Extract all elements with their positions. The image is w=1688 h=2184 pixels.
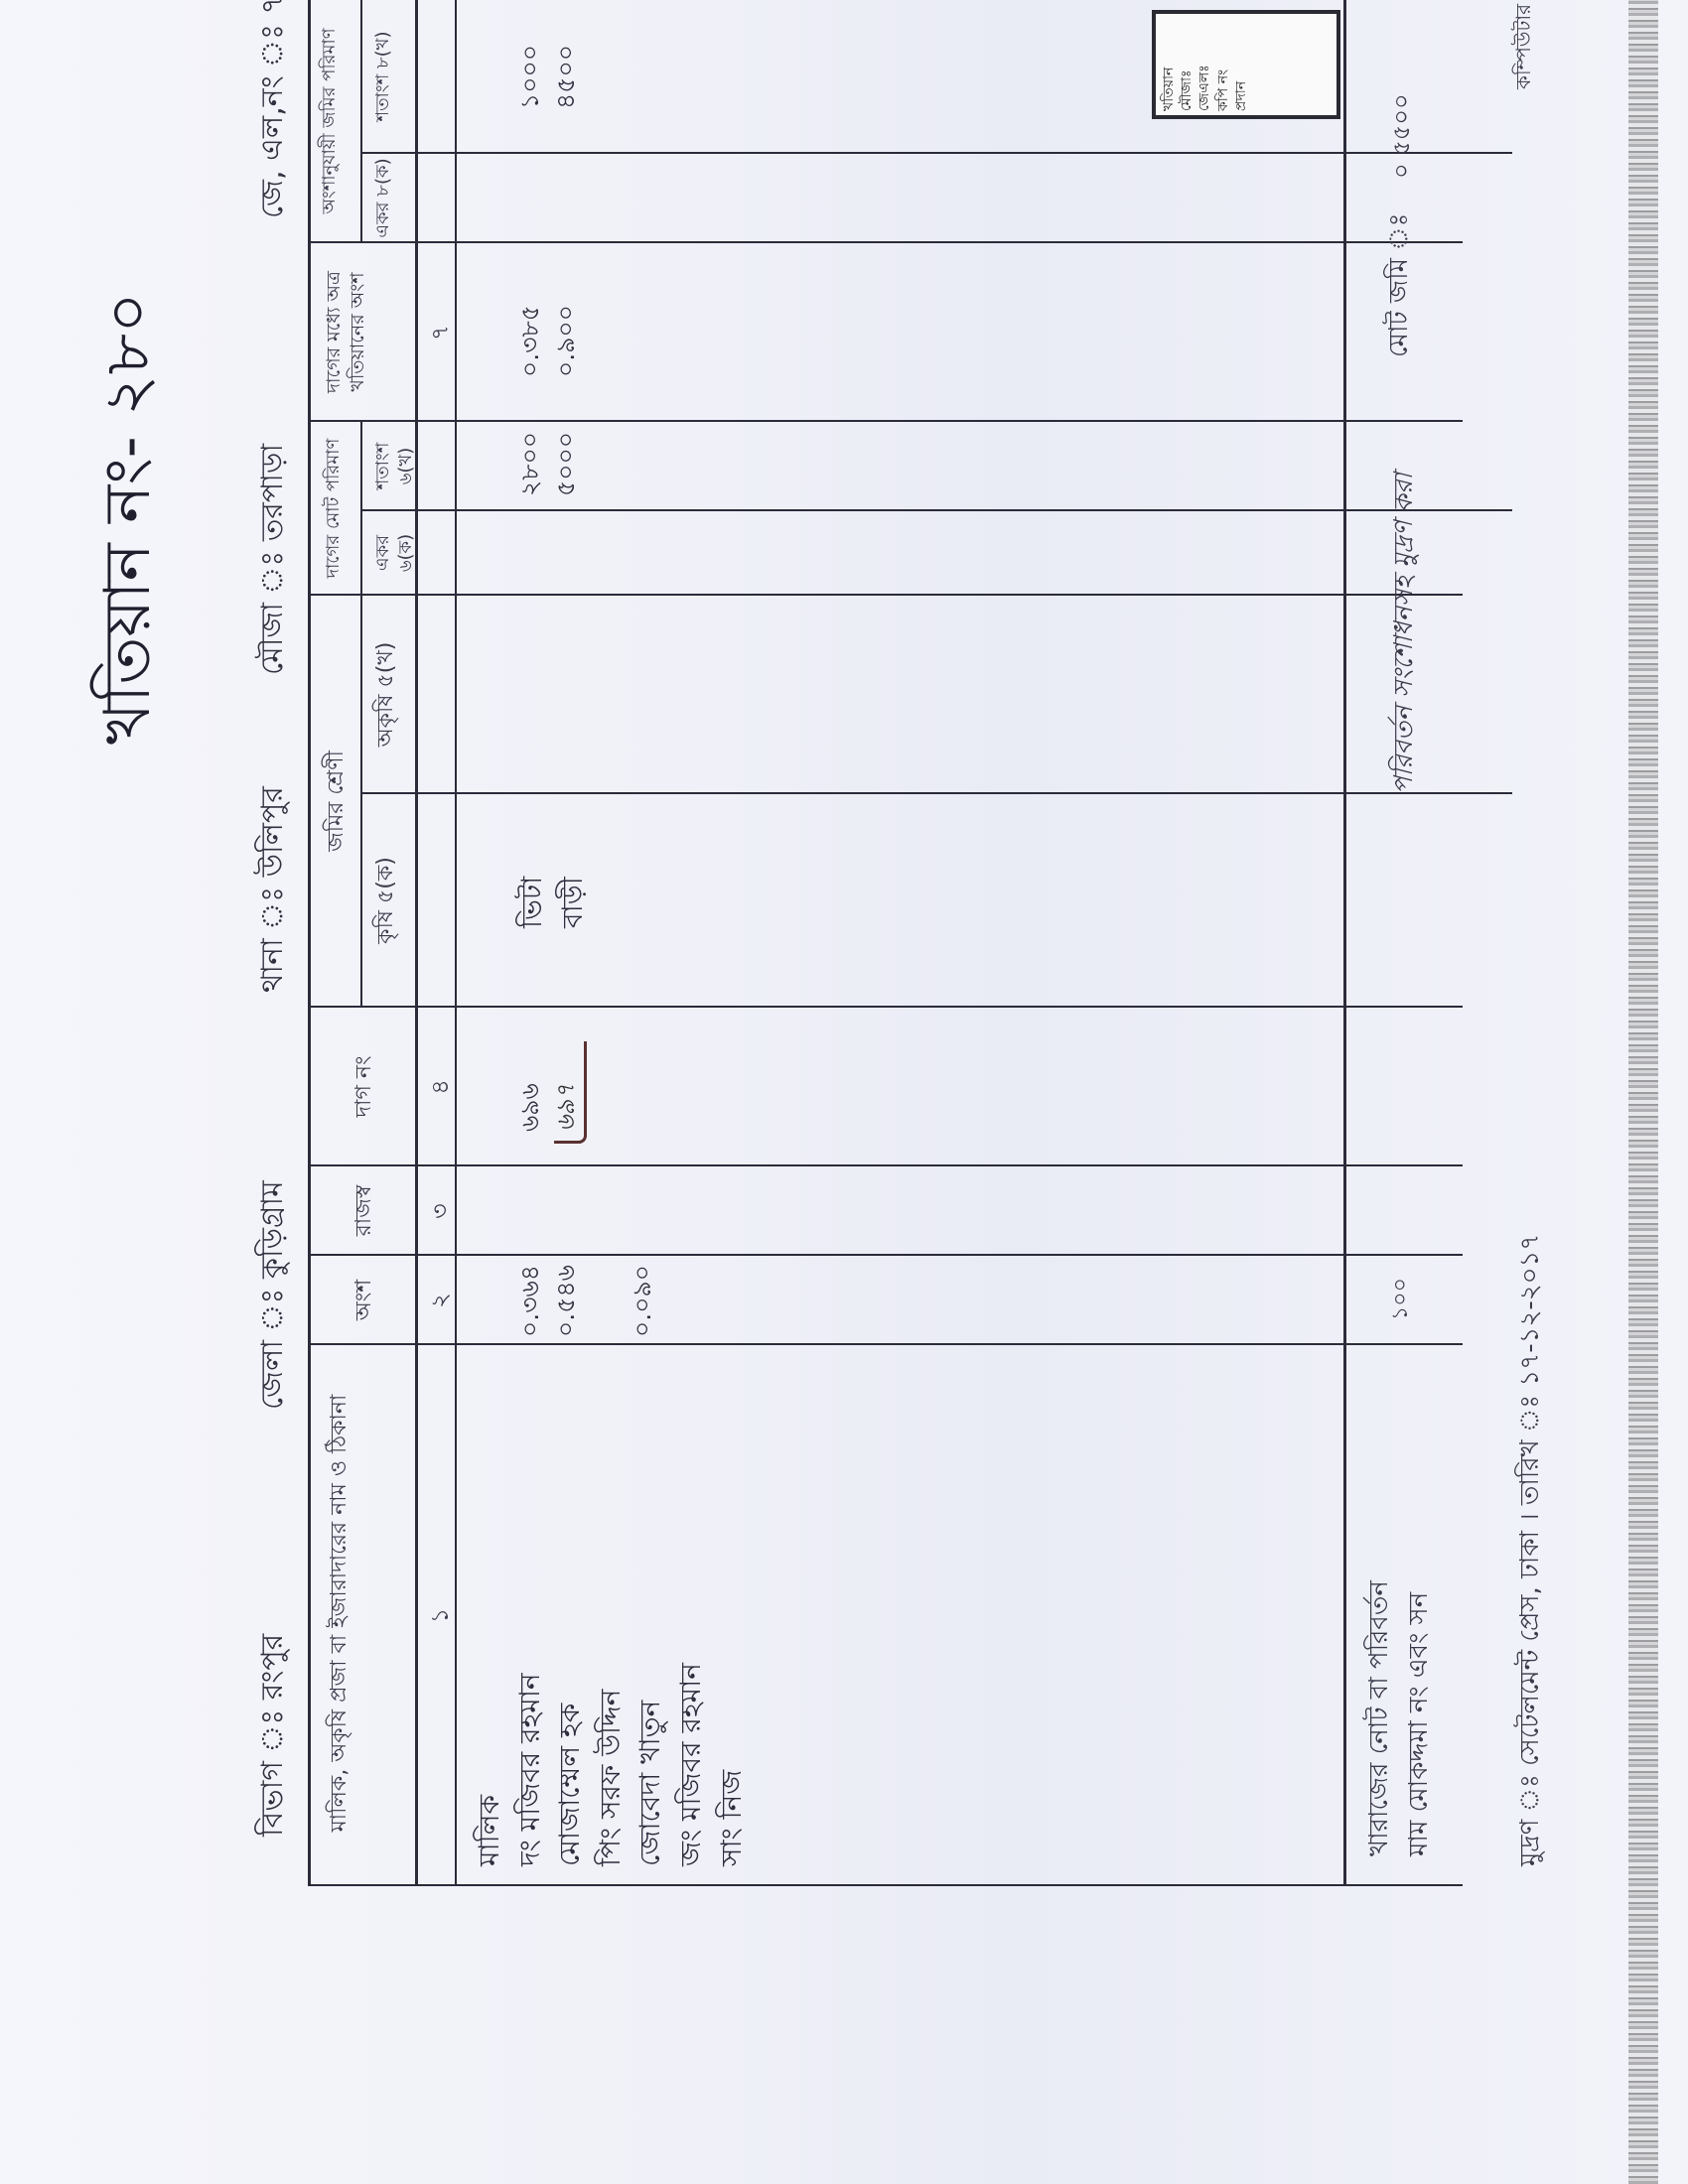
share-value: ০.৩৬৪ bbox=[512, 1265, 548, 1337]
share-value: ০.৫৪৬ bbox=[548, 1265, 584, 1337]
khatian-share-values: ০.৩৮৫ ০.৯০০ bbox=[512, 305, 585, 377]
khatian-table: মালিক, অকৃষি প্রজা বা ইজারাদারের নাম ও ঠ… bbox=[308, 0, 1463, 1886]
khatian-share: ০.৩৮৫ bbox=[512, 305, 548, 377]
bottom-right-label: কম্পিউটার bbox=[1509, 4, 1542, 89]
col-header-prop-acre: একর ৮(ক) bbox=[372, 156, 395, 240]
col-header-dag-acre: একর ৬(ক) bbox=[372, 513, 417, 593]
col-header-owner: মালিক, অকৃষি প্রজা বা ইজারাদারের নাম ও ঠ… bbox=[326, 1360, 353, 1866]
pen-mark bbox=[554, 1041, 587, 1144]
col-header-prop-decimal: শতাংশ ৮(খ) bbox=[372, 2, 395, 151]
owner-label: মালিক bbox=[470, 1663, 510, 1866]
district-field: জেলা ঃ কুড়িগ্রাম bbox=[248, 1180, 299, 1410]
mouza-field: মৌজা ঃ তরপাড়া bbox=[248, 444, 299, 675]
dag-decimal: ৫০০০ bbox=[548, 432, 584, 496]
col-number-2: ২ bbox=[422, 1256, 462, 1345]
owner-address: সাং নিজ bbox=[712, 1663, 753, 1866]
stamp-line: জেএলঃ bbox=[1196, 18, 1213, 111]
col-number-4: ৪ bbox=[422, 1008, 462, 1166]
owner-name: জং মজিবর রহমান bbox=[671, 1663, 712, 1866]
land-class: ভিটা bbox=[512, 877, 553, 928]
col-header-dag-no: দাগ নং bbox=[351, 1010, 378, 1163]
col-number-7: ৭ bbox=[422, 243, 462, 422]
owner-block: মালিক দং মজিবর রহমান মোজাম্মেল হক পিং সর… bbox=[470, 1663, 752, 1866]
col-header-dag-total: দাগের মোট পরিমাণ bbox=[323, 424, 346, 593]
owner-name: দং মজিবর রহমান bbox=[510, 1663, 551, 1866]
col-header-agri: কৃষি ৫(ক) bbox=[372, 796, 400, 1005]
printer-info: মুদ্রণ ঃ সেটেলমেন্ট প্রেস, ঢাকা । তারিখ … bbox=[1509, 1234, 1553, 1866]
jl-number-field: জে, এল,নং ঃ ৭৭ bbox=[248, 0, 299, 218]
col-header-share: অংশ bbox=[351, 1258, 378, 1342]
amendment-note: পরিবর্তন সংশোধনসহ মুদ্রণ করা bbox=[1383, 473, 1427, 794]
note-label: খারাজের নোট বা পরিবর্তন bbox=[1358, 1580, 1402, 1856]
owner-name: পিং সরফ উদ্দিন bbox=[591, 1663, 632, 1866]
owner-name: জোবেদা খাতুন bbox=[631, 1663, 671, 1866]
share-total: ১০০ bbox=[1383, 1278, 1420, 1320]
case-reference: মাম মোকদ্দমা নং এবং সন bbox=[1398, 1592, 1442, 1856]
khatian-share: ০.৯০০ bbox=[548, 305, 584, 377]
dag-number: ৬৯৬ bbox=[512, 1083, 548, 1132]
col-header-nonagri: অকৃষি ৫(খ) bbox=[372, 598, 400, 791]
col-header-khatian-share: দাগের মধ্যে অত্র খতিয়ানের অংশ bbox=[323, 245, 370, 419]
stamp-line: খতিয়ান bbox=[1160, 18, 1178, 111]
division-field: বিভাগ ঃ রংপুর bbox=[248, 1634, 299, 1837]
proportional-decimal: ৪৫০০ bbox=[548, 45, 584, 109]
share-value: ০.০৯০ bbox=[625, 1265, 660, 1337]
share-values: ০.৩৬৪ ০.৫৪৬ ০.০৯০ bbox=[512, 1265, 660, 1337]
stamp-line: মৌজাঃ bbox=[1178, 18, 1196, 111]
owner-name: মোজাম্মেল হক bbox=[550, 1663, 591, 1866]
proportional-decimal-values: ১০০০ ৪৫০০ bbox=[512, 45, 585, 109]
col-number-1: ১ bbox=[422, 1345, 462, 1886]
thana-field: থানা ঃ উলিপুর bbox=[248, 786, 299, 993]
land-class: বাড়ী bbox=[553, 877, 594, 928]
total-land-value: ০ ৫৫০০ bbox=[1383, 93, 1423, 179]
scan-edge bbox=[1628, 0, 1658, 2184]
document-title: খতিয়ান নং- ২৮০ bbox=[79, 292, 186, 745]
land-class-values: ভিটা বাড়ী bbox=[512, 877, 593, 928]
dag-decimal: ২৮০০ bbox=[512, 432, 548, 496]
dag-decimal-values: ২৮০০ ৫০০০ bbox=[512, 432, 585, 496]
stamp-line: কপি নং bbox=[1214, 18, 1232, 111]
official-stamp: খতিয়ান মৌজাঃ জেএলঃ কপি নং প্রদান bbox=[1152, 10, 1340, 119]
total-land-label: মোট জমি ঃ bbox=[1378, 212, 1422, 357]
col-number-3: ৩ bbox=[422, 1166, 462, 1256]
proportional-decimal: ১০০০ bbox=[512, 45, 548, 109]
col-header-land-class: জমির শ্রেণী bbox=[323, 598, 351, 1005]
stamp-line: প্রদান bbox=[1232, 18, 1250, 111]
col-header-revenue: রাজস্ব bbox=[351, 1168, 378, 1253]
khatian-document: খতিয়ান নং- ২৮০ বিভাগ ঃ রংপুর জেলা ঃ কুড… bbox=[0, 0, 1688, 2184]
col-header-dag-decimal: শতাংশ ৬(খ) bbox=[372, 424, 417, 508]
col-header-proportional: অংশানুযায়ী জমির পরিমাণ bbox=[319, 2, 342, 240]
